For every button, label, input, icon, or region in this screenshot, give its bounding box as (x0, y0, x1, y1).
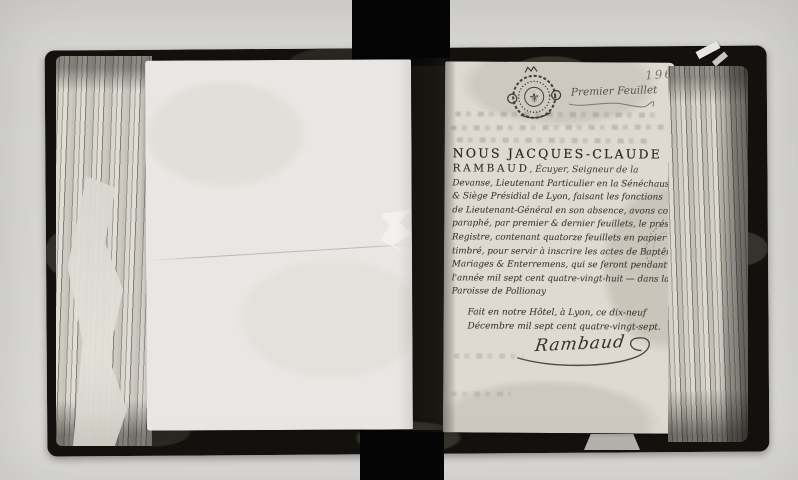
surname-caps: RAMBAUD (452, 162, 529, 174)
ink-show-through-line (451, 125, 666, 131)
cradle-foot (584, 434, 640, 450)
ink-show-through-line (457, 137, 652, 143)
act-line: & Siège Présidial de Lyon, faisant les f… (452, 191, 670, 206)
act-body: Devanse, Lieutenant Particulier en la Sé… (452, 177, 671, 301)
left-blank-page (145, 59, 413, 430)
fleur-de-lis-icon: ⚜ (528, 91, 541, 107)
premier-feuillet-annotation: Premier Feuillet (571, 84, 658, 98)
scanned-register-photo: 196 ⚜ Premier Feuillet NOUS JACQUES-CLAU… (0, 0, 798, 480)
page-crease (146, 244, 412, 261)
act-line: Fait en notre Hôtel, à Lyon, ce dix-neuf (468, 306, 670, 321)
act-heading: NOUS JACQUES-CLAUDE (453, 145, 671, 161)
act-line: de Lieutenant-Général en son absence, av… (452, 204, 670, 219)
page-tear (380, 209, 412, 253)
act-line: l'année mil sept cent quatre-vingt-huit … (452, 272, 670, 287)
flourish-underline (567, 98, 657, 111)
register-opening-act: NOUS JACQUES-CLAUDE RAMBAUD, Écuyer, Sei… (451, 145, 670, 334)
cradle-clamp-top (352, 0, 450, 66)
left-page-edge-stack (56, 56, 152, 446)
signature-flourish (509, 328, 669, 373)
act-line: Paroisse de Pollionay (452, 286, 670, 301)
act-line: paraphé, par premier & dernier feuillets… (452, 218, 670, 233)
cradle-clamp-bottom (360, 430, 444, 480)
act-name-line: RAMBAUD, Écuyer, Seigneur de la (452, 162, 670, 178)
royal-tax-stamp-icon: ⚜ (503, 62, 566, 127)
act-line: Registre, contenant quatorze feuillets e… (452, 231, 670, 246)
surname-line-rest: , Écuyer, Seigneur de la (529, 165, 638, 176)
right-page: 196 ⚜ Premier Feuillet NOUS JACQUES-CLAU… (443, 61, 675, 433)
fore-edge-note: 39 (701, 69, 716, 82)
torn-page-flap (64, 176, 138, 446)
act-line: Devanse, Lieutenant Particulier en la Sé… (452, 177, 670, 192)
right-page-edge-stack: 39 (668, 66, 748, 442)
ink-show-through-line (451, 391, 511, 396)
